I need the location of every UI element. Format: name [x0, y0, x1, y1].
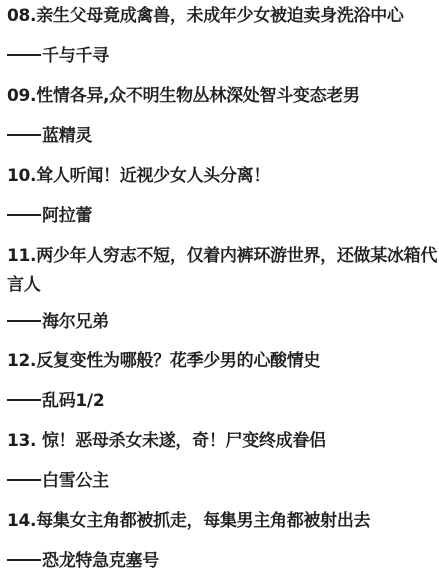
entry-10-title: 10.耸人听闻！近视少女人头分离！ — [7, 162, 270, 191]
answer-text: 千与千寻 — [42, 46, 109, 66]
answer-text: 蓝精灵 — [42, 126, 92, 146]
entry-09-answer: 蓝精灵 — [7, 122, 92, 151]
em-dash — [7, 134, 41, 136]
entry-08-answer: 千与千寻 — [7, 42, 109, 71]
entry-12-title: 12.反复变性为哪般？花季少男的心酸情史 — [7, 347, 320, 376]
answer-text: 白雪公主 — [42, 471, 109, 491]
entry-12-answer: 乱码1/2 — [7, 387, 104, 416]
entry-14-title: 14.每集女主角都被抓走，每集男主角都被射出去 — [7, 507, 370, 536]
entry-11-title-continued: 言人 — [7, 271, 40, 300]
entry-08-title: 08.亲生父母竟成禽兽，未成年少女被迫卖身洗浴中心 — [7, 2, 404, 31]
em-dash — [7, 559, 41, 561]
em-dash — [7, 214, 41, 216]
entry-11-answer: 海尔兄弟 — [7, 308, 109, 337]
em-dash — [7, 399, 41, 401]
answer-text: 阿拉蕾 — [42, 206, 92, 226]
em-dash — [7, 320, 41, 322]
entry-14-answer: 恐龙特急克塞号 — [7, 547, 159, 575]
em-dash — [7, 479, 41, 481]
answer-text: 海尔兄弟 — [42, 312, 109, 332]
em-dash — [7, 54, 41, 56]
entry-13-answer: 白雪公主 — [7, 467, 109, 496]
entry-09-title: 09.性情各异,众不明生物丛林深处智斗变态老男 — [7, 82, 360, 111]
answer-text: 恐龙特急克塞号 — [42, 551, 159, 571]
entry-13-title: 13. 惊！恶母杀女未遂，奇！尸变终成眷侣 — [7, 427, 326, 456]
entry-10-answer: 阿拉蕾 — [7, 202, 92, 231]
answer-text: 乱码1/2 — [42, 391, 104, 411]
entry-11-title: 11.两少年人穷志不短，仅着内裤环游世界，还做某冰箱代 — [7, 242, 437, 271]
